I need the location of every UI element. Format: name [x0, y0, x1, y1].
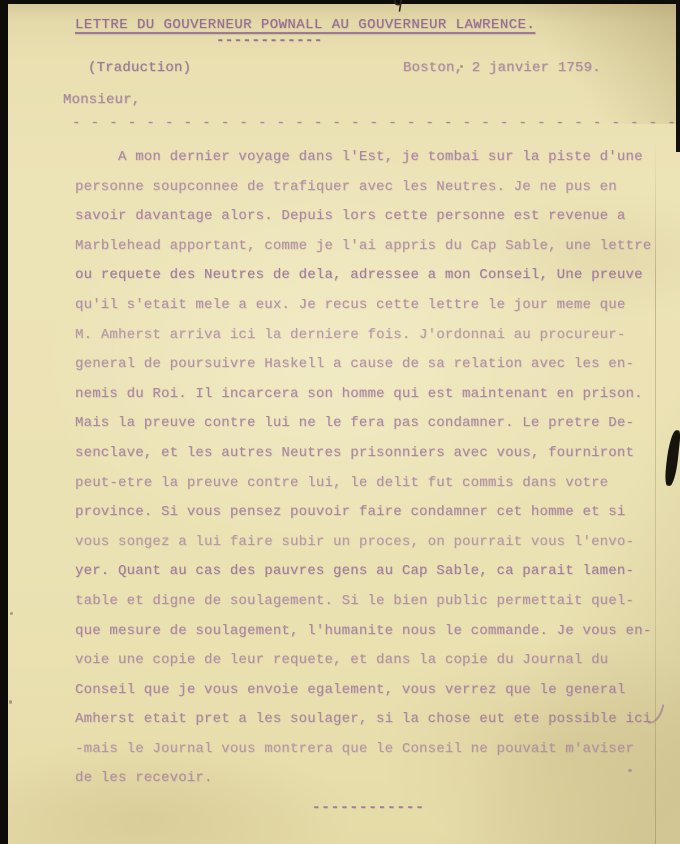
ink-speck: [9, 700, 12, 704]
letter-line: nemis du Roi. Il incarcera son homme qui…: [75, 380, 650, 410]
dateline: Boston, 2 janvier 1759.: [403, 60, 601, 76]
letter-line: Conseil que je vous envoie egalement, vo…: [75, 676, 650, 706]
letter-title: LETTRE DU GOUVERNEUR POWNALL AU GOUVERNE…: [75, 17, 535, 33]
letter-line: -mais le Journal vous montrera que le Co…: [75, 735, 650, 765]
ink-speck: [10, 612, 13, 615]
letter-line: ou requete des Neutres de dela, adressee…: [75, 261, 650, 291]
letter-line: Mais la preuve contre lui ne le fera pas…: [75, 409, 650, 439]
letter-line: Amherst etait pret a les soulager, si la…: [75, 705, 650, 735]
letter-line: general de poursuivre Haskell a cause de…: [75, 350, 650, 380]
letter-line: que mesure de soulagement, l'humanite no…: [75, 617, 650, 647]
scan-edge-top: [0, 0, 680, 4]
letter-line: qu'il s'etait mele a eux. Je recus cette…: [75, 291, 650, 321]
letter-line: Marblehead apportant, comme je l'ai appr…: [75, 232, 650, 262]
letter-line: savoir davantage alors. Depuis lors cett…: [75, 202, 650, 232]
ink-speck: [460, 65, 463, 68]
letter-line: senclave, et les autres Neutres prisonni…: [75, 439, 650, 469]
paper-crease-line: [655, 140, 656, 844]
translation-label: (Traduction): [88, 60, 191, 76]
salutation: Monsieur,: [63, 92, 140, 108]
letter-line: de les recevoir.: [75, 764, 650, 794]
letter-line: personne soupconnee de trafiquer avec le…: [75, 173, 650, 203]
letter-line: A mon dernier voyage dans l'Est, je tomb…: [75, 143, 650, 173]
letter-body: A mon dernier voyage dans l'Est, je tomb…: [75, 143, 650, 794]
handwritten-9-mark-icon: [393, 0, 403, 13]
closing-dash-rule: ------------: [312, 800, 425, 816]
scan-edge-left: [0, 0, 8, 844]
salutation-dash-rule: - - - - - - - - - - - - - - - - - - - - …: [72, 115, 677, 131]
letter-line: table et digne de soulagement. Si le bie…: [75, 587, 650, 617]
letter-line: yer. Quant au cas des pauvres gens au Ca…: [75, 557, 650, 587]
letter-line: peut-etre la preuve contre lui, le delit…: [75, 469, 650, 499]
letter-line: province. Si vous pensez pouvoir faire c…: [75, 498, 650, 528]
title-dash-rule: ------------: [216, 33, 323, 49]
letter-line: vous songez a lui faire subir un proces,…: [75, 528, 650, 558]
ink-speck: [628, 769, 632, 772]
letter-line: M. Amherst arriva ici la derniere fois. …: [75, 321, 650, 351]
letter-line: voie une copie de leur requete, et dans …: [75, 646, 650, 676]
